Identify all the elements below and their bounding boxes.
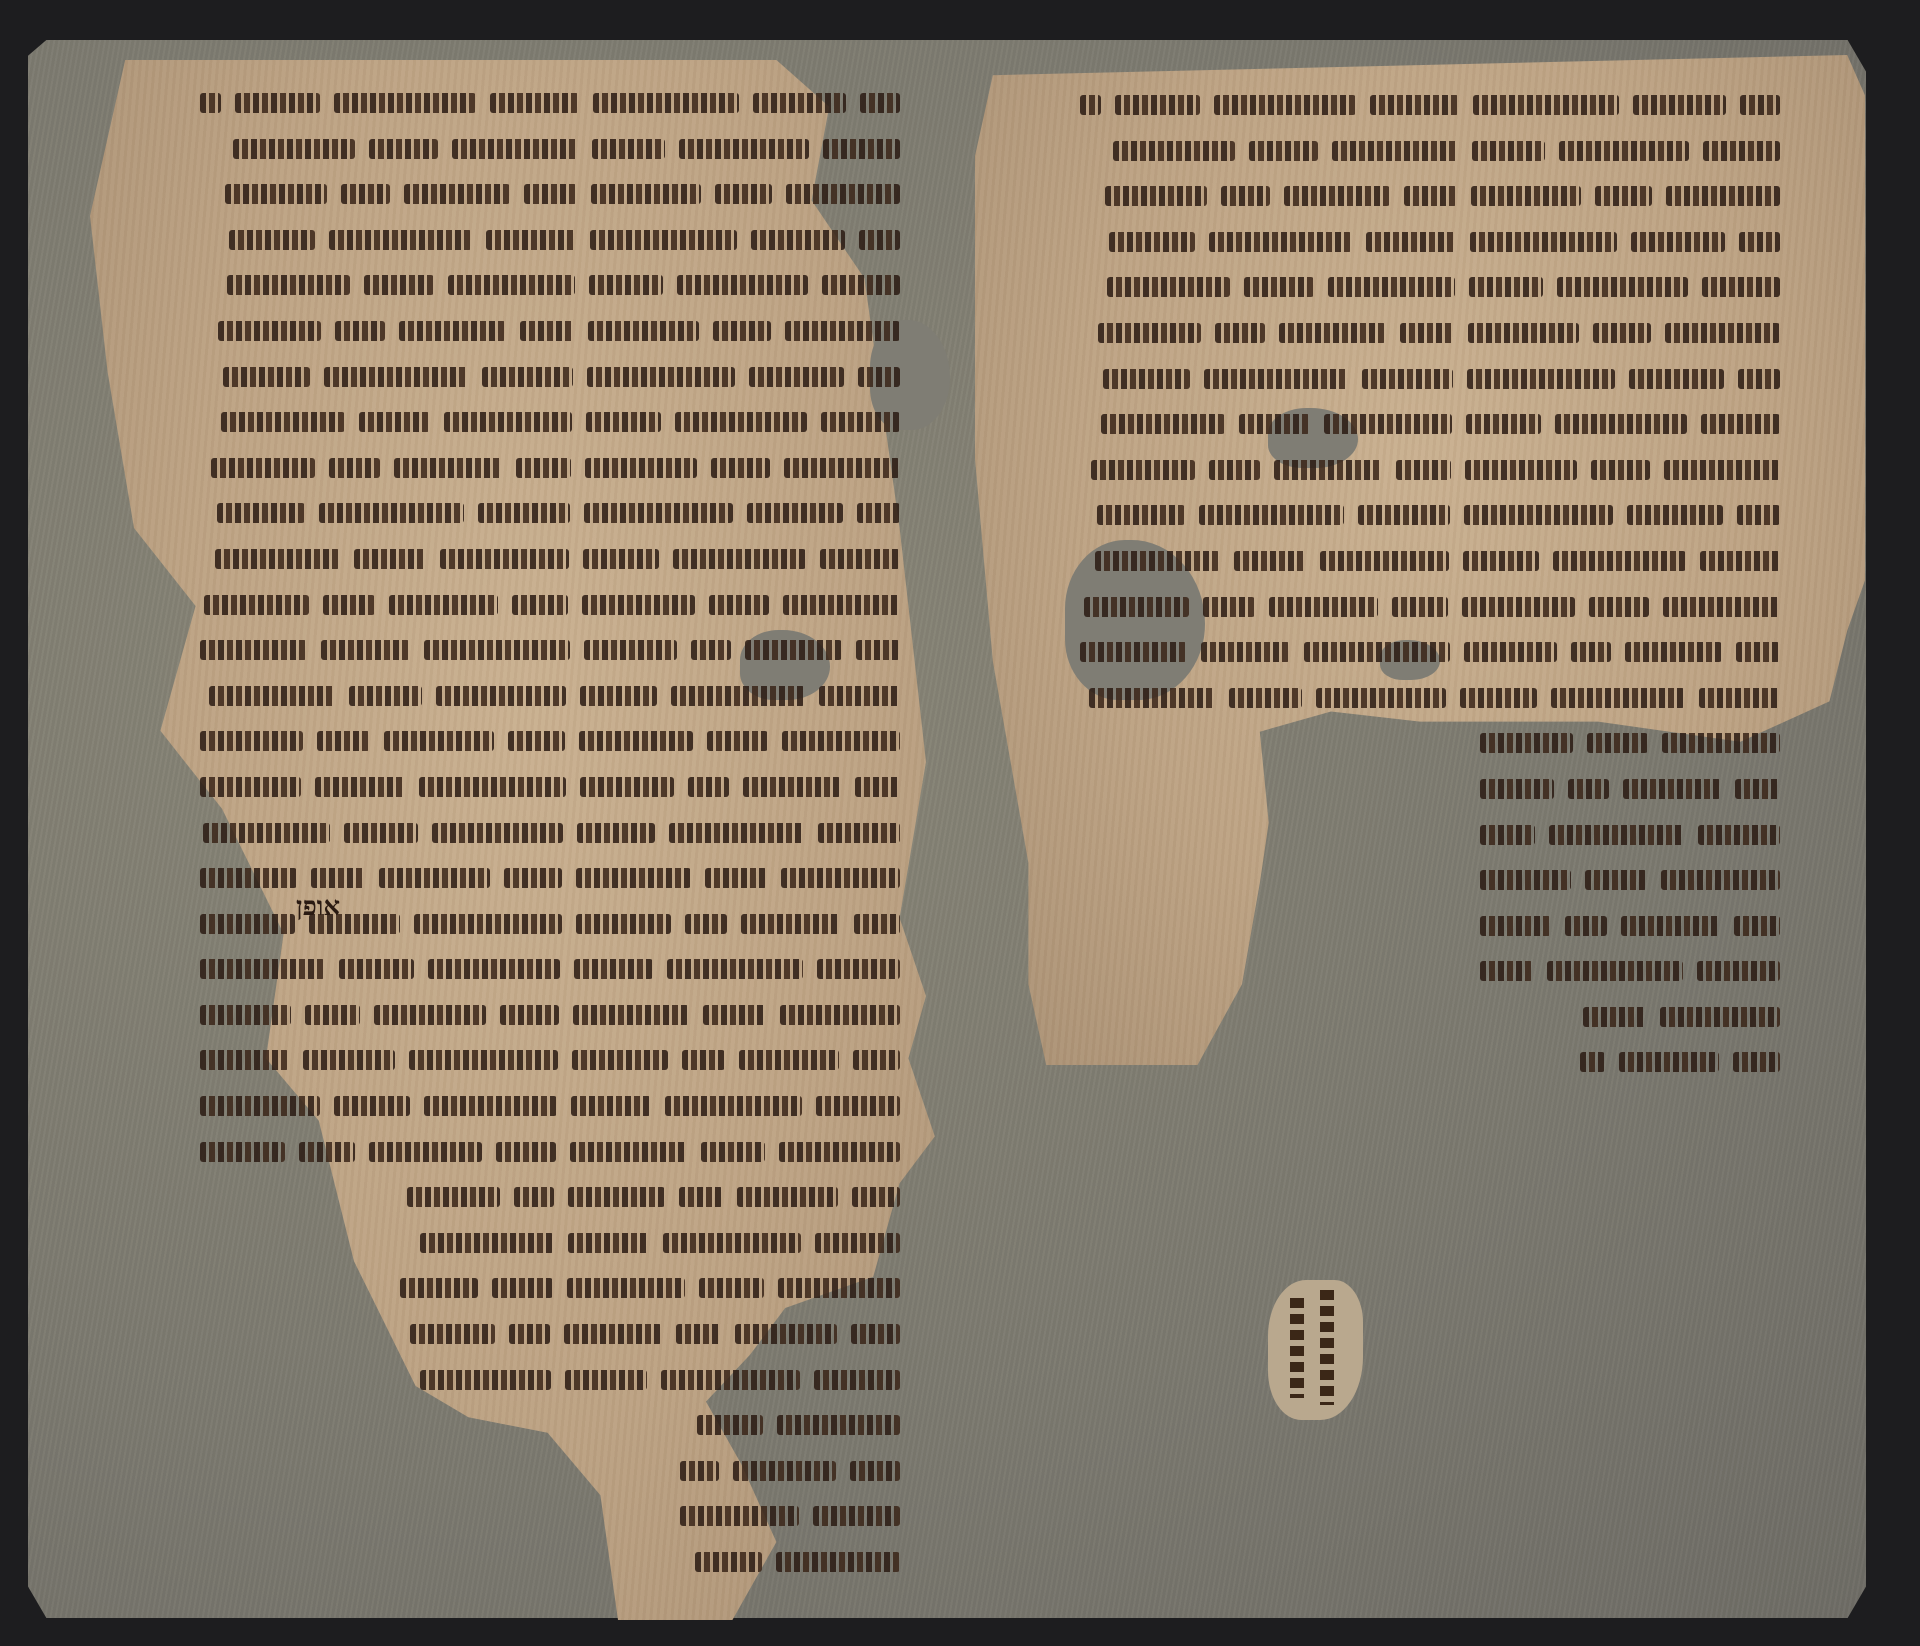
ink-word: [1740, 95, 1780, 115]
ink-word: [697, 1415, 763, 1435]
ink-word: [785, 321, 900, 341]
ink-word: [424, 1096, 557, 1116]
ink-word: [688, 777, 729, 797]
ink-word: [235, 93, 320, 113]
manuscript-line: [120, 360, 900, 394]
manuscript-line: [120, 1135, 900, 1169]
ink-word: [1091, 460, 1195, 480]
ink-word: [400, 1278, 478, 1298]
ink-word: [580, 777, 674, 797]
ink-word: [420, 1233, 554, 1253]
ink-word: [1199, 505, 1344, 525]
ink-word: [856, 640, 900, 660]
ink-word: [1244, 277, 1314, 297]
ink-word: [1328, 277, 1455, 297]
ink-word: [341, 184, 390, 204]
ink-word: [822, 275, 900, 295]
ink-word: [818, 823, 900, 843]
ink-word: [1080, 642, 1187, 662]
manuscript-line: [120, 1454, 900, 1488]
ink-word: [583, 549, 659, 569]
ink-word: [782, 731, 900, 751]
ink-word: [1466, 414, 1541, 434]
ink-word: [1629, 369, 1724, 389]
ink-word: [200, 731, 303, 751]
ink-word: [225, 184, 327, 204]
ink-word: [1661, 870, 1780, 890]
ink-word: [1463, 551, 1539, 571]
ink-word: [1583, 1007, 1646, 1027]
ink-word: [1660, 1007, 1780, 1027]
manuscript-line: [120, 177, 900, 211]
ink-word: [669, 823, 804, 843]
ink-word: [679, 139, 809, 159]
ink-word: [680, 1461, 719, 1481]
ink-word: [1358, 505, 1450, 525]
ink-word: [819, 686, 900, 706]
ink-word: [364, 275, 434, 295]
ink-word: [855, 777, 900, 797]
ink-word: [815, 1233, 900, 1253]
ink-word: [592, 139, 665, 159]
ink-word: [335, 321, 385, 341]
ink-word: [1249, 141, 1318, 161]
ink-word: [1332, 141, 1458, 161]
manuscript-line: [120, 588, 900, 622]
ink-word: [1462, 597, 1575, 617]
ink-word: [478, 503, 570, 523]
right-leaf-text-column: [1040, 88, 1780, 1091]
manuscript-line: [120, 1089, 900, 1123]
ink-word: [1553, 551, 1686, 571]
ink-word: [778, 1278, 900, 1298]
ink-word: [576, 868, 691, 888]
ink-word: [781, 868, 900, 888]
ink-word: [584, 503, 733, 523]
manuscript-line: [120, 1226, 900, 1260]
ink-word: [685, 914, 727, 934]
ink-word: [1703, 141, 1780, 161]
ink-word: [671, 686, 805, 706]
ink-word: [1480, 779, 1554, 799]
ink-word: [223, 367, 310, 387]
ink-word: [586, 412, 661, 432]
ink-word: [1633, 95, 1726, 115]
ink-word: [359, 412, 430, 432]
ink-word: [1201, 642, 1290, 662]
ink-word: [452, 139, 578, 159]
ink-word: [329, 458, 380, 478]
ink-word: [1400, 323, 1454, 343]
ink-word: [217, 503, 305, 523]
ink-word: [369, 139, 438, 159]
ink-word: [1269, 597, 1378, 617]
manuscript-line: [120, 770, 900, 804]
ink-word: [667, 959, 803, 979]
ink-word: [424, 640, 570, 660]
ink-word: [1547, 961, 1683, 981]
ink-word: [200, 868, 297, 888]
ink-word: [1469, 277, 1543, 297]
ink-word: [1699, 688, 1780, 708]
ink-word: [215, 549, 340, 569]
manuscript-line: [1040, 316, 1780, 350]
ink-word: [482, 367, 573, 387]
manuscript-line: [1040, 88, 1780, 122]
ink-word: [817, 959, 900, 979]
ink-word: [374, 1005, 486, 1025]
ink-word: [854, 914, 900, 934]
ink-word: [1467, 369, 1615, 389]
ink-word: [784, 458, 900, 478]
ink-word: [1101, 414, 1225, 434]
ink-word: [1204, 369, 1348, 389]
ink-word: [860, 93, 900, 113]
ink-word: [1214, 95, 1356, 115]
ink-word: [1595, 186, 1652, 206]
manuscript-line: [120, 1363, 900, 1397]
ink-word: [1284, 186, 1390, 206]
ink-word: [691, 640, 731, 660]
ink-word: [777, 1415, 900, 1435]
ink-word: [520, 321, 574, 341]
manuscript-line: [1040, 225, 1780, 259]
ink-word: [705, 868, 767, 888]
ink-word: [508, 731, 565, 751]
ink-word: [733, 1461, 836, 1481]
ink-word: [1396, 460, 1451, 480]
ink-word: [1234, 551, 1306, 571]
ink-word: [1619, 1052, 1719, 1072]
ink-word: [567, 1278, 685, 1298]
ink-word: [707, 731, 768, 751]
ink-word: [711, 458, 770, 478]
ink-word: [1621, 916, 1720, 936]
ink-word: [1392, 597, 1448, 617]
ink-word: [209, 686, 335, 706]
ink-word: [713, 321, 771, 341]
ink-word: [1700, 551, 1780, 571]
ink-word: [394, 458, 502, 478]
ink-word: [1738, 369, 1780, 389]
ink-word: [1663, 597, 1780, 617]
ink-word: [1464, 505, 1613, 525]
ink-word: [582, 595, 695, 615]
ink-word: [1701, 414, 1780, 434]
ink-word: [1698, 825, 1780, 845]
ink-word: [709, 595, 769, 615]
manuscript-line: [1040, 179, 1780, 213]
ink-word: [786, 184, 900, 204]
ink-word: [315, 777, 405, 797]
ink-word: [577, 823, 655, 843]
ink-word: [816, 1096, 900, 1116]
ink-word: [221, 412, 345, 432]
ink-word: [1557, 277, 1688, 297]
ink-word: [813, 1506, 900, 1526]
ink-word: [329, 230, 472, 250]
ink-word: [414, 914, 562, 934]
ink-word: [509, 1324, 550, 1344]
manuscript-line: [120, 1180, 900, 1214]
ink-word: [1370, 95, 1459, 115]
ink-word: [663, 1233, 801, 1253]
ink-word: [568, 1233, 649, 1253]
ink-word: [1465, 460, 1577, 480]
ink-line: [1320, 1290, 1334, 1405]
ink-word: [1471, 186, 1581, 206]
manuscript-line: [120, 952, 900, 986]
ink-word: [1480, 916, 1551, 936]
ink-word: [448, 275, 575, 295]
ink-word: [1080, 95, 1101, 115]
ink-word: [1472, 141, 1545, 161]
ink-word: [1739, 232, 1780, 252]
ink-word: [858, 367, 900, 387]
ink-word: [1324, 414, 1452, 434]
ink-word: [1098, 323, 1201, 343]
ink-word: [1404, 186, 1457, 206]
ink-word: [1115, 95, 1200, 115]
ink-word: [1587, 733, 1648, 753]
ink-word: [850, 1461, 900, 1481]
ink-word: [200, 1050, 289, 1070]
ink-word: [432, 823, 563, 843]
ink-word: [1555, 414, 1687, 434]
ink-word: [715, 184, 772, 204]
manuscript-line: [1040, 635, 1780, 669]
ink-word: [1107, 277, 1230, 297]
ink-word: [384, 731, 494, 751]
ink-word: [436, 686, 566, 706]
manuscript-line: [120, 86, 900, 120]
ink-word: [334, 93, 476, 113]
ink-word: [516, 458, 571, 478]
ink-word: [675, 412, 807, 432]
ink-word: [776, 1552, 900, 1572]
ink-word: [339, 959, 414, 979]
manuscript-line: [120, 1408, 900, 1442]
ink-word: [1589, 597, 1649, 617]
ink-word: [324, 367, 468, 387]
ink-word: [1623, 779, 1721, 799]
ink-word: [1735, 779, 1780, 799]
ink-word: [576, 914, 671, 934]
manuscript-line: [1040, 1000, 1780, 1034]
ink-word: [1105, 186, 1207, 206]
ink-word: [1666, 186, 1780, 206]
ink-word: [1089, 688, 1215, 708]
ink-word: [665, 1096, 802, 1116]
ink-word: [200, 1142, 285, 1162]
ink-word: [305, 1005, 360, 1025]
ink-word: [1585, 870, 1647, 890]
ink-word: [780, 1005, 900, 1025]
manuscript-line: [120, 1545, 900, 1579]
ink-word: [1304, 642, 1450, 662]
manuscript-line: [120, 1317, 900, 1351]
ink-word: [859, 230, 900, 250]
ink-word: [572, 1050, 668, 1070]
ink-word: [1215, 323, 1265, 343]
ink-word: [369, 1142, 482, 1162]
ink-word: [229, 230, 315, 250]
ink-word: [419, 777, 566, 797]
manuscript-line: [120, 314, 900, 348]
ink-word: [218, 321, 321, 341]
ink-line: [1290, 1298, 1304, 1398]
ink-word: [504, 868, 562, 888]
manuscript-line: [1040, 270, 1780, 304]
ink-word: [1470, 232, 1617, 252]
ink-word: [584, 640, 677, 660]
ink-word: [1480, 870, 1571, 890]
marginal-heading: אופן: [296, 892, 340, 922]
ink-word: [500, 1005, 559, 1025]
manuscript-line: [1040, 863, 1780, 897]
ink-word: [354, 549, 426, 569]
ink-word: [1103, 369, 1190, 389]
ink-word: [1464, 642, 1557, 662]
manuscript-line: [120, 816, 900, 850]
ink-word: [570, 1142, 687, 1162]
ink-word: [311, 868, 365, 888]
ink-word: [420, 1370, 551, 1390]
ink-word: [745, 640, 842, 660]
ink-word: [1551, 688, 1685, 708]
ink-word: [1473, 95, 1619, 115]
ink-word: [1662, 733, 1780, 753]
ink-word: [1468, 323, 1579, 343]
manuscript-line: [120, 633, 900, 667]
ink-word: [512, 595, 568, 615]
manuscript-line: [1040, 498, 1780, 532]
ink-word: [428, 959, 560, 979]
ink-word: [701, 1142, 765, 1162]
ink-word: [200, 640, 307, 660]
ink-word: [440, 549, 569, 569]
ink-word: [200, 1005, 291, 1025]
manuscript-line: [1040, 407, 1780, 441]
ink-word: [303, 1050, 395, 1070]
ink-word: [200, 1096, 320, 1116]
ink-word: [1320, 551, 1449, 571]
manuscript-line: [1040, 453, 1780, 487]
ink-word: [1460, 688, 1537, 708]
manuscript-line: [120, 268, 900, 302]
ink-word: [1239, 414, 1310, 434]
ink-word: [321, 640, 410, 660]
manuscript-line: [120, 724, 900, 758]
ink-word: [1549, 825, 1684, 845]
manuscript-line: [120, 451, 900, 485]
ink-word: [590, 230, 737, 250]
ink-word: [409, 1050, 558, 1070]
ink-word: [564, 1324, 662, 1344]
ink-word: [737, 1187, 838, 1207]
manuscript-line: [1040, 909, 1780, 943]
ink-word: [1209, 460, 1260, 480]
manuscript-line: [120, 1499, 900, 1533]
ink-word: [404, 184, 510, 204]
ink-word: [591, 184, 701, 204]
manuscript-line: [1040, 134, 1780, 168]
ink-word: [407, 1187, 500, 1207]
manuscript-line: [120, 496, 900, 530]
ink-word: [1279, 323, 1386, 343]
ink-word: [743, 777, 841, 797]
ink-word: [823, 139, 900, 159]
ink-word: [317, 731, 370, 751]
ink-word: [1274, 460, 1382, 480]
ink-word: [444, 412, 572, 432]
manuscript-line: [120, 542, 900, 576]
ink-word: [1316, 688, 1446, 708]
ink-word: [1580, 1052, 1605, 1072]
ink-word: [204, 595, 309, 615]
ink-word: [739, 1050, 839, 1070]
ink-word: [203, 823, 330, 843]
ink-word: [1097, 505, 1185, 525]
manuscript-line: [1040, 590, 1780, 624]
ink-word: [1362, 369, 1453, 389]
ink-word: [1571, 642, 1611, 662]
ink-word: [492, 1278, 553, 1298]
ink-word: [200, 959, 325, 979]
ink-word: [1109, 232, 1195, 252]
ink-word: [323, 595, 375, 615]
ink-word: [1664, 460, 1780, 480]
ink-word: [319, 503, 464, 523]
ink-word: [568, 1187, 665, 1207]
manuscript-line: [120, 998, 900, 1032]
ink-word: [751, 230, 845, 250]
ink-word: [574, 959, 653, 979]
manuscript-line: [120, 132, 900, 166]
ink-word: [200, 93, 221, 113]
manuscript-line: [120, 907, 900, 941]
ink-word: [399, 321, 506, 341]
ink-word: [820, 549, 900, 569]
ink-word: [814, 1370, 900, 1390]
ink-word: [571, 1096, 651, 1116]
ink-word: [1565, 916, 1607, 936]
manuscript-line: [1040, 1045, 1780, 1079]
ink-word: [677, 275, 808, 295]
ink-word: [587, 367, 735, 387]
ink-word: [699, 1278, 764, 1298]
ink-word: [1229, 688, 1302, 708]
manuscript-line: [1040, 726, 1780, 760]
ink-word: [779, 1142, 900, 1162]
ink-word: [410, 1324, 495, 1344]
manuscript-line: [120, 861, 900, 895]
ink-word: [1559, 141, 1689, 161]
ink-word: [200, 914, 295, 934]
ink-word: [1221, 186, 1270, 206]
ink-word: [496, 1142, 556, 1162]
manuscript-line: [1040, 772, 1780, 806]
ink-word: [593, 93, 739, 113]
ink-word: [573, 1005, 689, 1025]
ink-word: [1737, 505, 1780, 525]
ink-word: [735, 1324, 837, 1344]
manuscript-line: [120, 223, 900, 257]
ink-word: [682, 1050, 725, 1070]
ink-word: [1697, 961, 1780, 981]
ink-word: [1480, 825, 1535, 845]
ink-word: [1113, 141, 1235, 161]
